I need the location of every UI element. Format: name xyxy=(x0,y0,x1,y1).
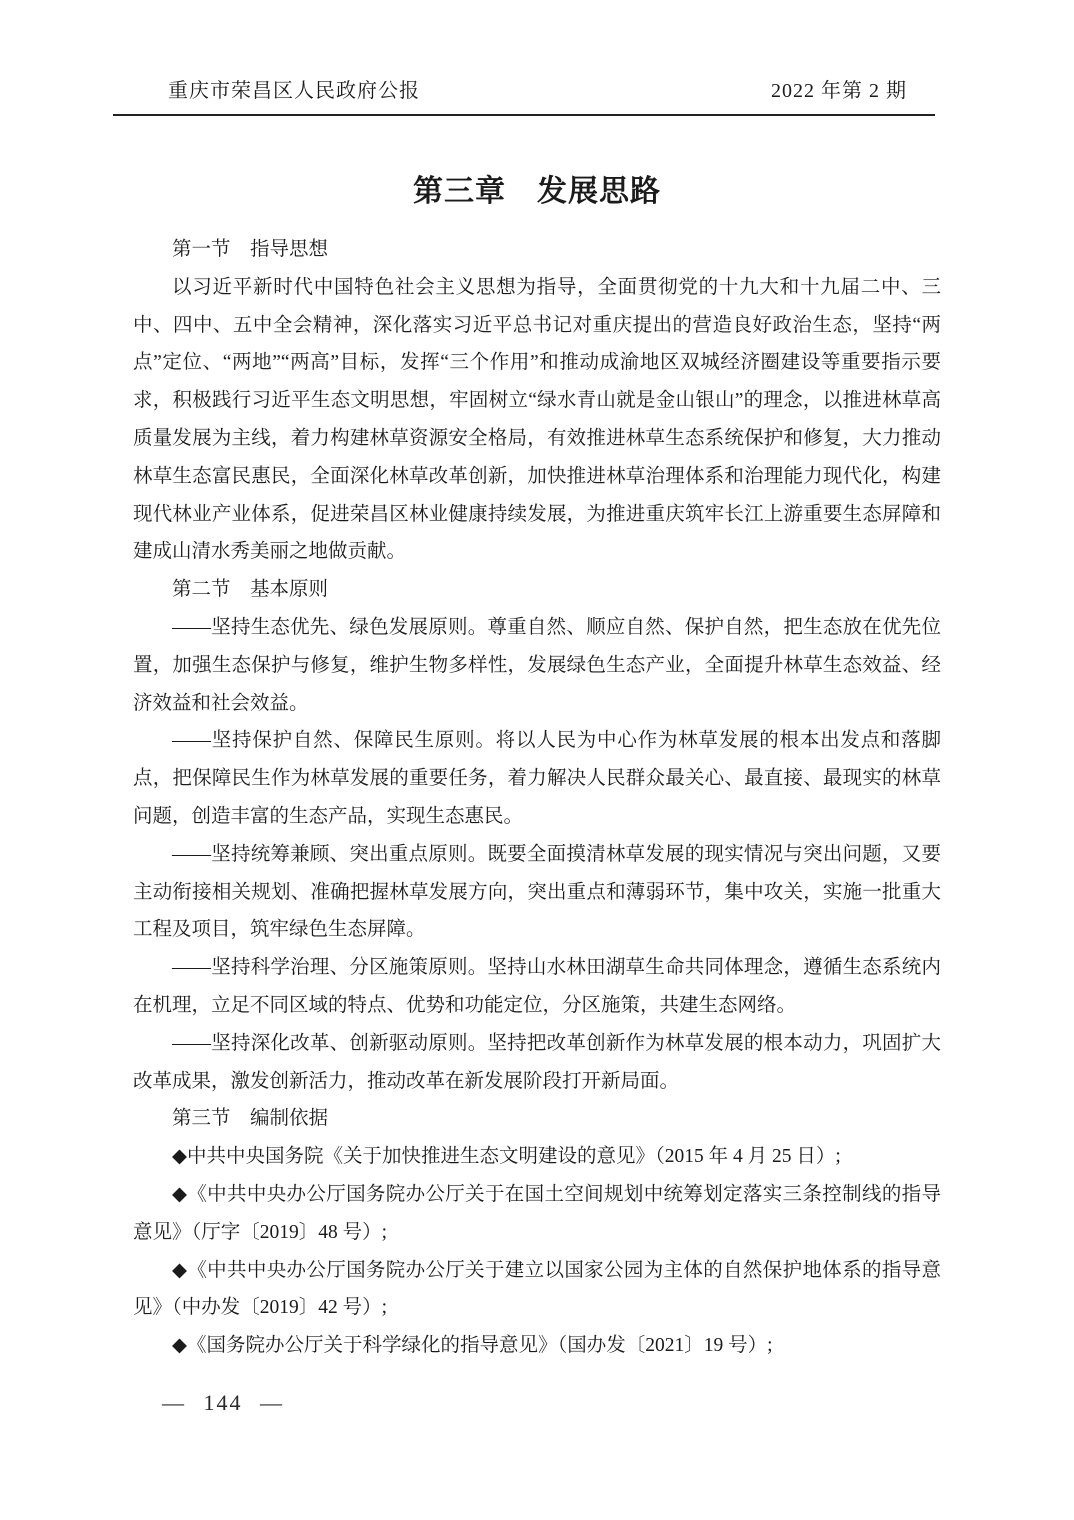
paragraph: ◆《中共中央办公厅国务院办公厅关于在国土空间规划中统筹划定落实三条控制线的指导意… xyxy=(133,1176,941,1252)
section: 第二节 基本原则 ——坚持生态优先、绿色发展原则。尊重自然、顺应自然、保护自然，… xyxy=(133,571,941,1100)
section-heading: 第三节 编制依据 xyxy=(133,1100,941,1138)
document-body: 第一节 指导思想 以习近平新时代中国特色社会主义思想为指导，全面贯彻党的十九大和… xyxy=(133,231,941,1365)
paragraph: ◆中共中央国务院《关于加快推进生态文明建设的意见》（2015 年 4 月 25 … xyxy=(133,1138,941,1176)
paragraph: 以习近平新时代中国特色社会主义思想为指导，全面贯彻党的十九大和十九届二中、三中、… xyxy=(133,269,941,571)
paragraph: ——坚持保护自然、保障民生原则。将以人民为中心作为林草发展的根本出发点和落脚点，… xyxy=(133,722,941,835)
paragraph: ——坚持生态优先、绿色发展原则。尊重自然、顺应自然、保护自然，把生态放在优先位置… xyxy=(133,609,941,722)
section: 第三节 编制依据 ◆中共中央国务院《关于加快推进生态文明建设的意见》（2015 … xyxy=(133,1100,941,1365)
section-heading: 第二节 基本原则 xyxy=(133,571,941,609)
paragraph: ——坚持科学治理、分区施策原则。坚持山水林田湖草生命共同体理念，遵循生态系统内在… xyxy=(133,949,941,1025)
paragraph: ◆《国务院办公厅关于科学绿化的指导意见》（国办发〔2021〕19 号）; xyxy=(133,1327,941,1365)
paragraph: ——坚持深化改革、创新驱动原则。坚持把改革创新作为林草发展的根本动力，巩固扩大改… xyxy=(133,1025,941,1101)
chapter-title: 第三章 发展思路 xyxy=(0,166,1074,210)
paragraph: ◆《中共中央办公厅国务院办公厅关于建立以国家公园为主体的自然保护地体系的指导意见… xyxy=(133,1252,941,1328)
page-number: — 144 — xyxy=(162,1390,284,1416)
page-header: 重庆市荣昌区人民政府公报 2022 年第 2 期 xyxy=(113,74,935,116)
header-publication-title: 重庆市荣昌区人民政府公报 xyxy=(168,74,420,103)
section: 第一节 指导思想 以习近平新时代中国特色社会主义思想为指导，全面贯彻党的十九大和… xyxy=(133,231,941,571)
gazette-page: 重庆市荣昌区人民政府公报 2022 年第 2 期 第三章 发展思路 第一节 指导… xyxy=(0,0,1074,1520)
section-heading: 第一节 指导思想 xyxy=(133,231,941,269)
header-issue-label: 2022 年第 2 期 xyxy=(771,74,907,103)
paragraph: ——坚持统筹兼顾、突出重点原则。既要全面摸清林草发展的现实情况与突出问题，又要主… xyxy=(133,836,941,949)
